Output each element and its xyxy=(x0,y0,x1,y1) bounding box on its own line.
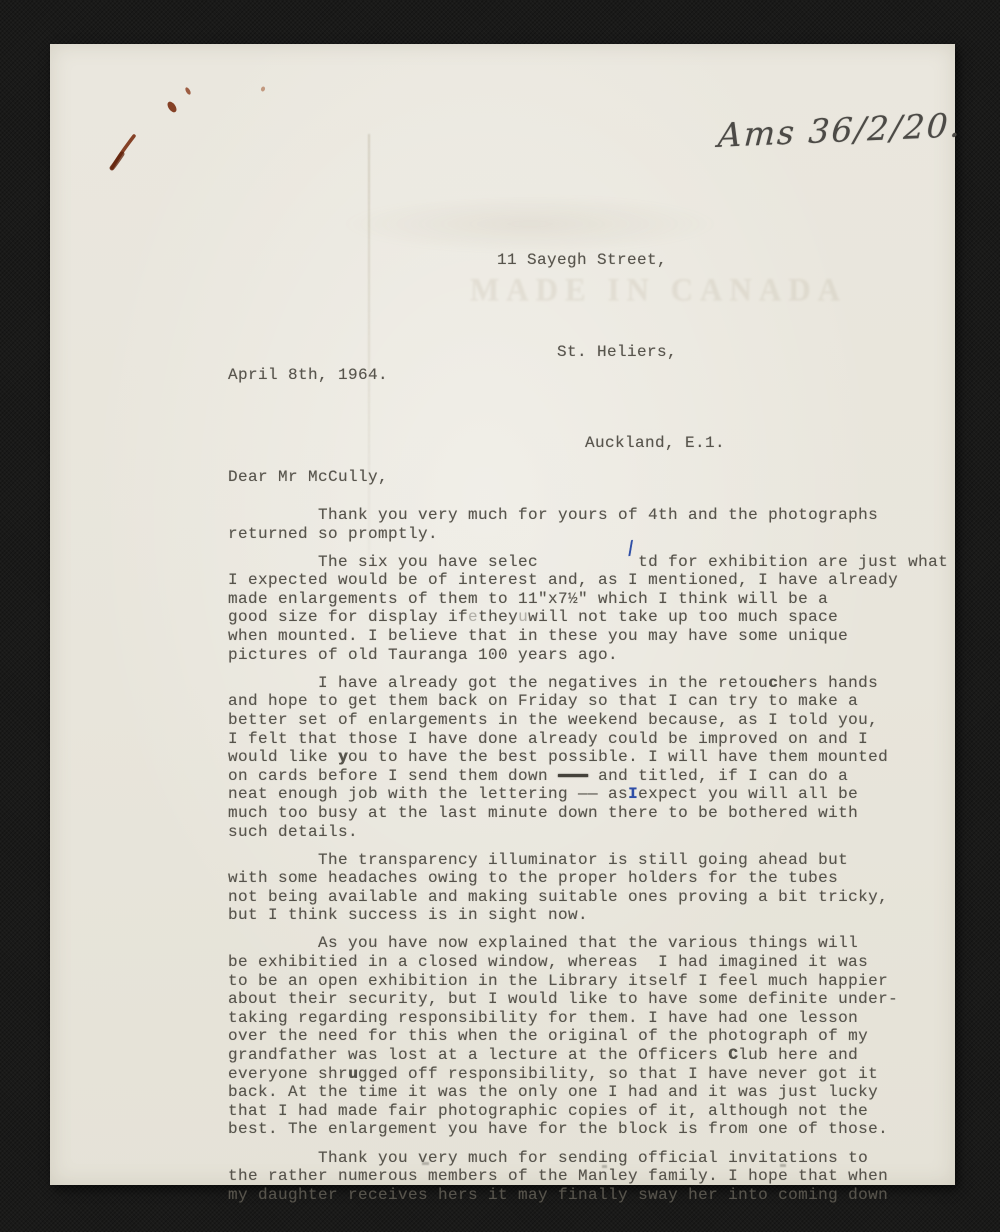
typed-segment: my daughter receives hers it may finally… xyxy=(228,1186,888,1204)
typed-segment: such details. xyxy=(228,823,358,841)
typed-segment: the rather numerous members of the Manle… xyxy=(228,1167,888,1185)
paragraph: I have already got the negatives in the … xyxy=(228,674,938,841)
typed-segment: C xyxy=(728,1046,738,1064)
letter-line: about their security, but I would like t… xyxy=(228,990,938,1009)
typed-segment: taking regarding responsibility for them… xyxy=(228,1009,858,1027)
typed-segment: and hope to get them back on Friday so t… xyxy=(228,692,858,710)
typed-segment: everyone shr xyxy=(228,1065,348,1083)
typed-segment: grandfather was lost at a lecture at the… xyxy=(228,1046,728,1064)
address-line-1: 11 Sayegh Street, xyxy=(497,245,725,276)
letter-date: April 8th, 1964. xyxy=(228,366,388,384)
typed-segment: expect you will all be xyxy=(638,785,858,803)
letter-line: As you have now explained that the vario… xyxy=(228,934,938,953)
letter-line: my daughter receives hers it may finally… xyxy=(228,1186,938,1205)
typed-segment: pictures of old Tauranga 100 years ago. xyxy=(228,646,618,664)
paragraph: The transparency illuminator is still go… xyxy=(228,851,938,925)
paragraph: The six you have selec/td for exhibition… xyxy=(228,553,938,665)
letter-line: good size for display ifetheyuwill not t… xyxy=(228,608,938,627)
paragraph: Thank you very much for sending official… xyxy=(228,1149,938,1205)
typed-segment: ou to have the best possible. I will hav… xyxy=(348,748,888,766)
letter-line: taking regarding responsibility for them… xyxy=(228,1009,938,1028)
letter-line: that I had made fair photographic copies… xyxy=(228,1102,938,1121)
typed-segment: they xyxy=(478,608,518,626)
typed-segment: As you have now explained that the vario… xyxy=(318,934,858,952)
letter-body: Thank you very much for yours of 4th and… xyxy=(228,506,938,1214)
typed-segment: I felt that those I have done already co… xyxy=(228,730,868,748)
letter-paper: MADE IN CANADA Ams 36/2/20. 11 Sayegh St… xyxy=(50,44,955,1185)
letter-line: better set of enlargements in the weeken… xyxy=(228,711,938,730)
letter-line: but I think success is in sight now. xyxy=(228,906,938,925)
typed-segment: ——— xyxy=(558,767,588,785)
typed-segment: when mounted. I believe that in these yo… xyxy=(228,627,848,645)
typed-segment: gged off responsibility, so that I have … xyxy=(358,1065,878,1083)
letter-line: and hope to get them back on Friday so t… xyxy=(228,692,938,711)
typed-segment: u xyxy=(518,608,528,626)
typed-segment: made enlargements of them to 11"x7½" whi… xyxy=(228,590,828,608)
address-line-3: Auckland, E.1. xyxy=(497,428,725,459)
typed-segment: lub here and xyxy=(738,1046,858,1064)
scanned-letter-photo: { "annotation": { "text": "Ams 36/2/20."… xyxy=(0,0,1000,1232)
letter-line: neat enough job with the lettering —— as… xyxy=(228,785,938,804)
letter-line: on cards before I send them down ——— and… xyxy=(228,767,938,786)
typed-segment: better set of enlargements in the weeken… xyxy=(228,711,878,729)
letter-line: would like you to have the best possible… xyxy=(228,748,938,767)
typed-segment: u xyxy=(348,1065,358,1083)
paragraph: Thank you very much for yours of 4th and… xyxy=(228,506,938,543)
letter-line: the rather numerous members of the Manle… xyxy=(228,1167,938,1186)
pen-correction: I xyxy=(628,785,638,803)
letter-line: returned so promptly. xyxy=(228,525,938,544)
salutation: Dear Mr McCully, xyxy=(228,468,388,486)
typed-segment: will not take up too much space xyxy=(528,608,838,626)
typed-segment: on cards before I send them down xyxy=(228,767,558,785)
letter-line: best. The enlargement you have for the b… xyxy=(228,1120,938,1139)
typed-segment: The transparency illuminator is still go… xyxy=(318,851,848,869)
letter-line: such details. xyxy=(228,823,938,842)
typed-segment: about their security, but I would like t… xyxy=(228,990,898,1008)
typed-segment: returned so promptly. xyxy=(228,525,438,543)
letter-line: when mounted. I believe that in these yo… xyxy=(228,627,938,646)
letter-line: pictures of old Tauranga 100 years ago. xyxy=(228,646,938,665)
letter-line: The six you have selec/td for exhibition… xyxy=(228,553,938,572)
letter-line: not being available and making suitable … xyxy=(228,888,938,907)
typed-segment: with some headaches owing to the proper … xyxy=(228,869,838,887)
letter-line: back. At the time it was the only one I … xyxy=(228,1083,938,1102)
typed-segment: The six you have selec xyxy=(318,553,538,571)
typed-segment: over the need for this when the original… xyxy=(228,1027,868,1045)
typed-segment: c xyxy=(768,674,778,692)
paragraph: As you have now explained that the vario… xyxy=(228,934,938,1139)
letter-line: I have already got the negatives in the … xyxy=(228,674,938,693)
typed-segment: back. At the time it was the only one I … xyxy=(228,1083,878,1101)
typed-segment: Thank you very much for yours of 4th and… xyxy=(318,506,878,524)
typed-segment: to be an open exhibition in the Library … xyxy=(228,972,888,990)
typed-segment: y xyxy=(338,748,348,766)
letter-line: with some headaches owing to the proper … xyxy=(228,869,938,888)
letter-line: grandfather was lost at a lecture at the… xyxy=(228,1046,938,1065)
typed-segment: hers hands xyxy=(778,674,878,692)
letter-line: to be an open exhibition in the Library … xyxy=(228,972,938,991)
letter-line: everyone shrugged off responsibility, so… xyxy=(228,1065,938,1084)
letter-line: over the need for this when the original… xyxy=(228,1027,938,1046)
typed-segment: be exhibitied in a closed window, wherea… xyxy=(228,953,868,971)
typed-segment: that I had made fair photographic copies… xyxy=(228,1102,868,1120)
letter-line: Thank you very much for sending official… xyxy=(228,1149,938,1168)
letter-line: be exhibitied in a closed window, wherea… xyxy=(228,953,938,972)
typed-segment: much too busy at the last minute down th… xyxy=(228,804,858,822)
letter-line: made enlargements of them to 11"x7½" whi… xyxy=(228,590,938,609)
letter-line: The transparency illuminator is still go… xyxy=(228,851,938,870)
sender-address-block: 11 Sayegh Street, St. Heliers, Auckland,… xyxy=(497,184,725,520)
typed-segment: best. The enlargement you have for the b… xyxy=(228,1120,888,1138)
typed-segment: td for exhibition are just what xyxy=(638,553,948,571)
typed-segment: would like xyxy=(228,748,338,766)
letter-line: Thank you very much for yours of 4th and… xyxy=(228,506,938,525)
address-line-2: St. Heliers, xyxy=(497,337,725,368)
typed-segment: neat enough job with the lettering —— as xyxy=(228,785,628,803)
typed-segment: but I think success is in sight now. xyxy=(228,906,588,924)
typed-segment: good size for display if xyxy=(228,608,468,626)
typed-segment: not being available and making suitable … xyxy=(228,888,888,906)
typed-segment: e xyxy=(468,608,478,626)
letter-line: I felt that those I have done already co… xyxy=(228,730,938,749)
letter-line: much too busy at the last minute down th… xyxy=(228,804,938,823)
typed-segment: and titled, if I can do a xyxy=(588,767,848,785)
typed-segment: I have already got the negatives in the … xyxy=(318,674,768,692)
